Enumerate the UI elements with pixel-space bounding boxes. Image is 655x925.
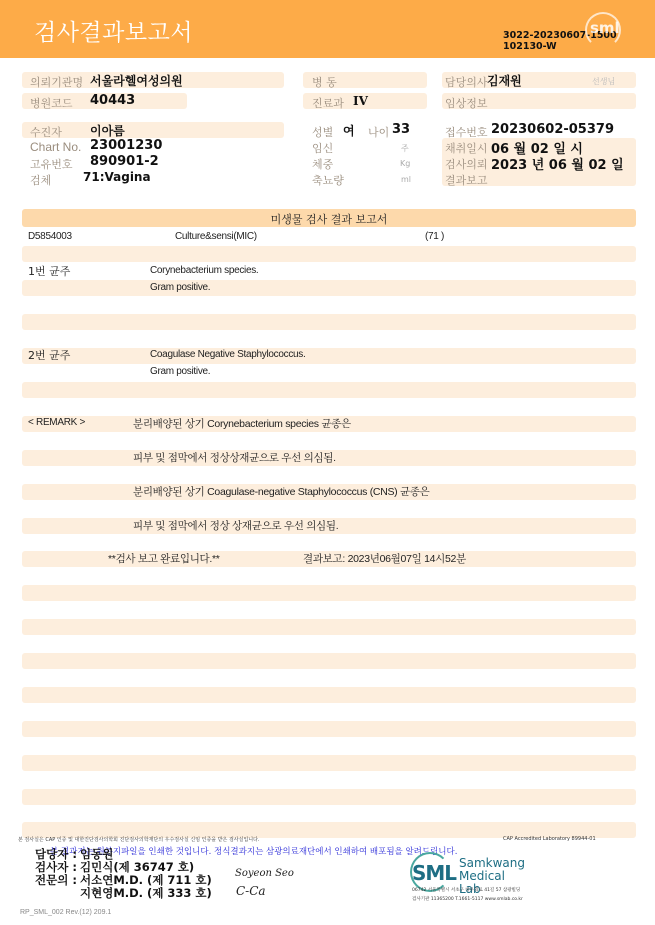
clinical-info-label: 임상정보: [445, 95, 488, 111]
signature-1: Soyeon Seo: [235, 868, 294, 879]
ward-label: 병 동: [312, 74, 337, 90]
result-time: 결과보고: 2023년06월07일 14시52분: [303, 551, 466, 566]
remark-line-2: 피부 및 점막에서 정상상재균으로 우선 의심됨.: [133, 450, 336, 465]
doctor-label: 담당의사: [445, 74, 488, 90]
isolate-2-organism: Coagulase Negative Staphylococcus.: [150, 349, 305, 360]
hospital-code-label: 병원코드: [30, 95, 73, 111]
isolate-1-label: 1번 균주: [28, 263, 70, 279]
remark-line-3: 분리배양된 상기 Coagulase-negative Staphylococc…: [133, 484, 430, 499]
specialist-2: 지현영M.D. (제 333 호): [80, 887, 212, 900]
signature-2: C-Ca: [236, 884, 266, 898]
remark-label: < REMARK >: [28, 417, 85, 428]
pregnancy-unit: 주: [401, 143, 409, 154]
row-band: [22, 280, 636, 296]
sex-label: 성별: [312, 124, 333, 140]
collection-label: 채취일시: [445, 140, 488, 156]
specialist-label: 전문의 :: [35, 874, 77, 887]
unique-no-label: 고유번호: [30, 156, 73, 172]
weight-unit: Kg: [400, 159, 410, 168]
weight-label: 체중: [312, 156, 333, 172]
department-value: IV: [353, 94, 368, 108]
row-band: [22, 348, 636, 364]
unique-no-value: 890901-2: [90, 154, 159, 169]
test-code: D5854003: [28, 231, 72, 242]
empty-row-band: [22, 687, 636, 703]
remark-line-1: 분리배양된 상기 Corynebacterium species 균종은: [133, 416, 351, 431]
empty-row-band: [22, 721, 636, 737]
lab-contact: 검사기관 11365200 T.1661-5117 www.smlab.co.k…: [412, 896, 523, 902]
institution-label: 의뢰기관명: [30, 74, 83, 90]
remark-line-4: 피부 및 점막에서 정상 상재균으로 우선 의심됨.: [133, 518, 338, 533]
department-label: 진료과: [312, 95, 344, 111]
empty-row-band: [22, 653, 636, 669]
empty-row-band: [22, 755, 636, 771]
specimen-label: 검체: [30, 172, 51, 188]
fine-print-left: 본 검사실은 CAP 인증 및 대한진단검사의학회 진단검사의학재단의 우수검사…: [18, 836, 260, 843]
form-code: RP_SML_002 Rev.(12) 209.1: [20, 909, 111, 916]
isolate-1-organism: Corynebacterium species.: [150, 265, 258, 276]
isolate-2-gram: Gram positive.: [150, 366, 210, 377]
test-specimen: (71 ): [425, 231, 444, 242]
request-value: 2023 년 06 월 02 일: [491, 154, 624, 173]
row-band: [22, 314, 636, 330]
pregnancy-label: 임신: [312, 140, 333, 156]
receipt-no-label: 접수번호: [445, 124, 488, 140]
doctor-value: 김재원: [487, 72, 522, 89]
institution-value: 서울라헬여성의원: [90, 72, 183, 89]
report-header: 검사결과보고서 3022-20230607-1500 102130-W sml: [0, 0, 655, 58]
fine-print-right: CAP Accredited Laboratory 89944-01: [503, 836, 596, 842]
chart-no-value: 23001230: [90, 138, 162, 153]
request-label: 검사의뢰: [445, 156, 488, 172]
empty-row-band: [22, 619, 636, 635]
isolate-2-label: 2번 균주: [28, 347, 70, 363]
test-name: Culture&sensi(MIC): [175, 231, 257, 242]
section-title: 미생물 검사 결과 보고서: [22, 211, 636, 227]
age-value: 33: [392, 122, 410, 137]
empty-row-band: [22, 789, 636, 805]
lab-address: 06742 서울특별시 서초구 바우뫼로 41길 57 삼광빌딩: [412, 887, 520, 893]
urine-unit: ml: [401, 175, 411, 184]
doctor-suffix: 선생님: [592, 76, 615, 87]
age-label: 나이: [368, 124, 389, 140]
result-report-label: 결과보고: [445, 172, 488, 188]
sex-value: 여: [343, 122, 355, 139]
logo-sml: SML: [412, 861, 456, 885]
isolate-1-gram: Gram positive.: [150, 282, 210, 293]
report-title: 검사결과보고서: [34, 14, 193, 47]
specimen-value: 71:Vagina: [83, 170, 151, 184]
patient-label: 수진자: [30, 124, 62, 140]
hospital-code-value: 40443: [90, 93, 135, 108]
chart-no-label: Chart No.: [30, 140, 81, 154]
completion-text: **검사 보고 완료입니다.**: [108, 551, 220, 566]
row-band: [22, 382, 636, 398]
urine-label: 축뇨량: [312, 172, 344, 188]
row-band: [22, 246, 636, 262]
receipt-no-value: 20230602-05379: [491, 122, 614, 137]
empty-row-band: [22, 585, 636, 601]
patient-value: 이아름: [90, 122, 125, 139]
sml-logo-watermark: sml: [590, 19, 620, 37]
